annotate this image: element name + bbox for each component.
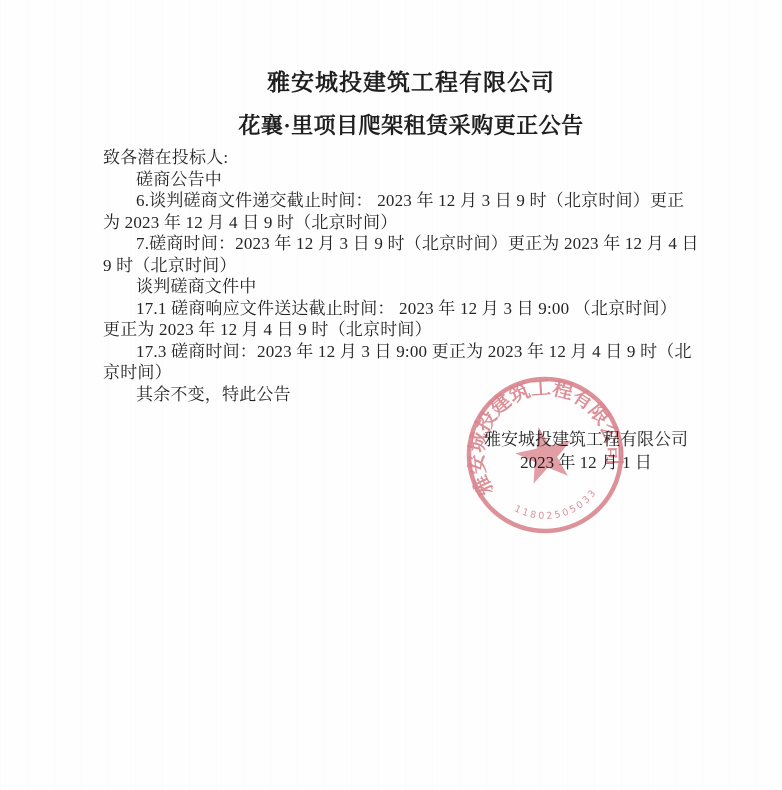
body-line: 谈判磋商文件中 [103,276,703,298]
heading-block: 雅安城投建筑工程有限公司 花襄·里项目爬架租赁采购更正公告 [40,68,782,140]
body-line: 为 2023 年 12 月 4 日 9 时（北京时间） [103,212,703,234]
seal-star [511,420,579,486]
company-title: 雅安城投建筑工程有限公司 [40,68,782,98]
body-line: 9 时（北京时间） [103,255,703,277]
body-line: 磋商公告中 [103,169,703,191]
body-line: 致各潜在投标人: [103,147,703,169]
body-line: 7.磋商时间：2023 年 12 月 3 日 9 时（北京时间）更正为 2023… [103,233,703,255]
announcement-title: 花襄·里项目爬架租赁采购更正公告 [40,112,782,140]
body-line: 17.1 磋商响应文件送达截止时间： 2023 年 12 月 3 日 9:00 … [103,298,703,320]
body-line: 6.谈判磋商文件递交截止时间： 2023 年 12 月 3 日 9 时（北京时间… [103,190,703,212]
body-line: 更正为 2023 年 12 月 4 日 9 时（北京时间） [103,319,703,341]
body-line: 17.3 磋商时间：2023 年 12 月 3 日 9:00 更正为 2023 … [103,341,703,363]
scanned-announcement-page: 雅安城投建筑工程有限公司 花襄·里项目爬架租赁采购更正公告 致各潜在投标人:磋商… [0,0,782,790]
